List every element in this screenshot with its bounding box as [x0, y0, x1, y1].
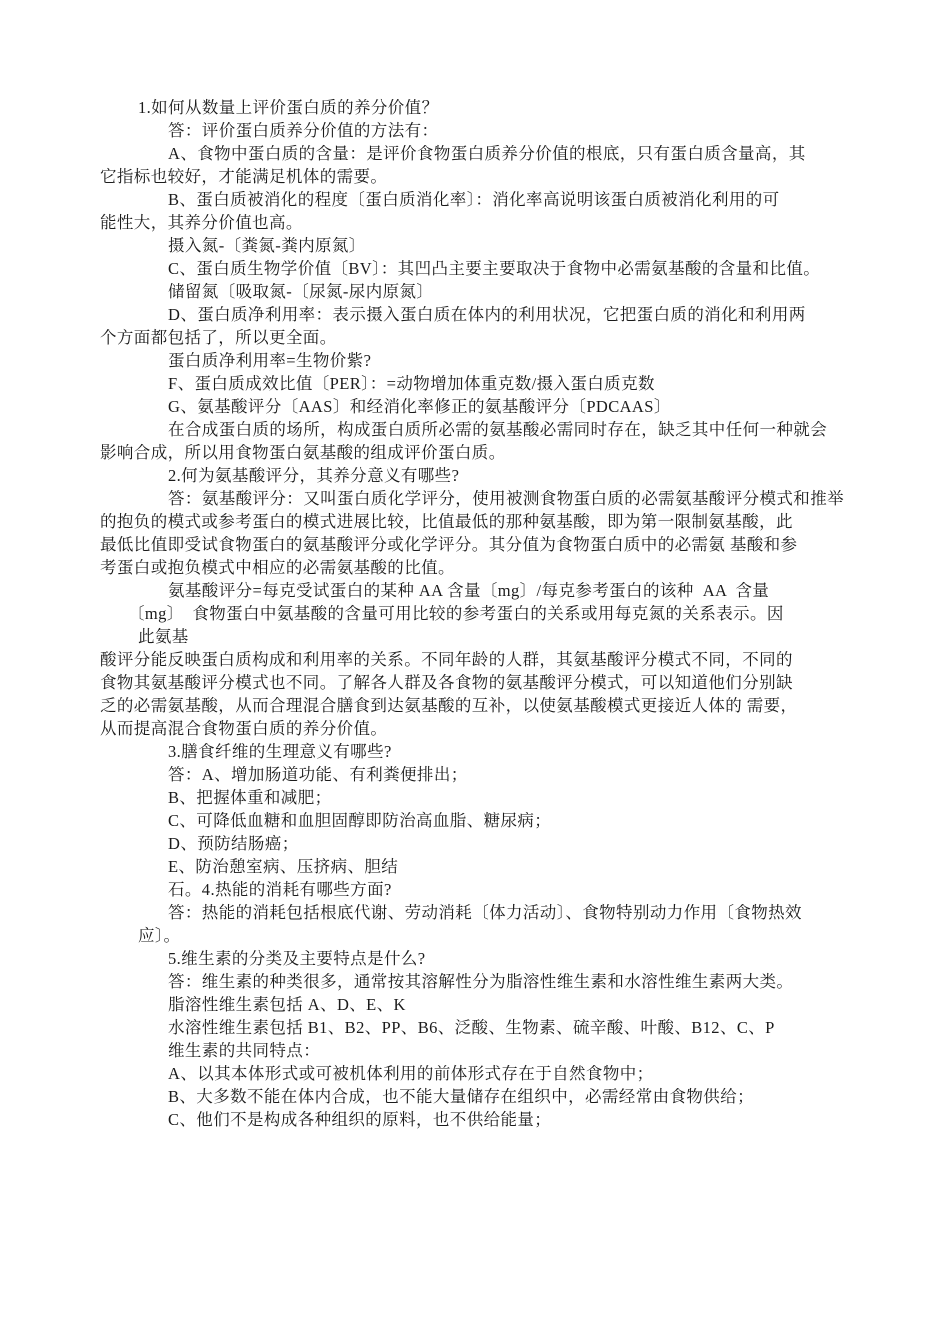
- text-line: B、蛋白质被消化的程度〔蛋白质消化率〕：消化率高说明该蛋白质被消化利用的可: [100, 188, 852, 211]
- text-line: 脂溶性维生素包括 A、D、E、K: [100, 993, 852, 1016]
- text-line: 乏的必需氨基酸，从而合理混合膳食到达氨基酸的互补，以使氨基酸模式更接近人体的 需…: [100, 694, 852, 717]
- text-line: 2.何为氨基酸评分，其养分意义有哪些?: [100, 464, 852, 487]
- text-line: 答：热能的消耗包括根底代谢、劳动消耗〔体力活动〕、食物特别动力作用〔食物热效: [100, 901, 852, 924]
- text-line: B、把握体重和减肥；: [100, 786, 852, 809]
- text-line: D、预防结肠癌；: [100, 832, 852, 855]
- text-line: 1.如何从数量上评价蛋白质的养分价值？: [100, 96, 852, 119]
- text-line: 最低比值即受试食物蛋白的氨基酸评分或化学评分。其分值为食物蛋白质中的必需氨 基酸…: [100, 533, 852, 556]
- text-line: 5.维生素的分类及主要特点是什么?: [100, 947, 852, 970]
- text-line: 答：维生素的种类很多，通常按其溶解性分为脂溶性维生素和水溶性维生素两大类。: [100, 970, 852, 993]
- text-line: 3.膳食纤维的生理意义有哪些?: [100, 740, 852, 763]
- text-line: 能性大，其养分价值也高。: [100, 211, 852, 234]
- document-page: 1.如何从数量上评价蛋白质的养分价值？答：评价蛋白质养分价值的方法有：A、食物中…: [0, 0, 950, 1344]
- text-line: 考蛋白或抱负模式中相应的必需氨基酸的比值。: [100, 556, 852, 579]
- text-line: 石。4.热能的消耗有哪些方面?: [100, 878, 852, 901]
- text-line: C、蛋白质生物学价值〔BV〕：其凹凸主要主要取决于食物中必需氨基酸的含量和比值。: [100, 257, 852, 280]
- text-line: B、大多数不能在体内合成，也不能大量储存在组织中，必需经常由食物供给；: [100, 1085, 852, 1108]
- text-line: A、食物中蛋白质的含量：是评价食物蛋白质养分价值的根底，只有蛋白质含量高，其: [100, 142, 852, 165]
- text-line: D、蛋白质净利用率：表示摄入蛋白质在体内的利用状况，它把蛋白质的消化和利用两: [100, 303, 852, 326]
- text-line: 〔mg〕 食物蛋白中氨基酸的含量可用比较的参考蛋白的关系或用每克氮的关系表示。因: [100, 602, 852, 625]
- text-line: 维生素的共同特点：: [100, 1039, 852, 1062]
- text-line: 食物其氨基酸评分模式也不同。了解各人群及各食物的氨基酸评分模式，可以知道他们分别…: [100, 671, 852, 694]
- text-line: 应〕。: [100, 924, 852, 947]
- text-line: E、防治憩室病、压挤病、胆结: [100, 855, 852, 878]
- text-line: 个方面都包括了，所以更全面。: [100, 326, 852, 349]
- text-line: 蛋白质净利用率=生物价紫?: [100, 349, 852, 372]
- text-line: 摄入氮-〔粪氮-粪内原氮〕: [100, 234, 852, 257]
- text-line: 氨基酸评分=每克受试蛋白的某种 AA 含量〔mg〕/每克参考蛋白的该种 AA 含…: [100, 579, 852, 602]
- text-line: 在合成蛋白质的场所，构成蛋白质所必需的氨基酸必需同时存在，缺乏其中任何一种就会: [100, 418, 852, 441]
- text-line: 储留氮〔吸取氮-〔尿氮-尿内原氮〕: [100, 280, 852, 303]
- text-line: C、可降低血糖和血胆固醇即防治高血脂、糖尿病；: [100, 809, 852, 832]
- text-line: 它指标也较好，才能满足机体的需要。: [100, 165, 852, 188]
- text-line: 酸评分能反映蛋白质构成和利用率的关系。不同年龄的人群，其氨基酸评分模式不同，不同…: [100, 648, 852, 671]
- text-line: C、他们不是构成各种组织的原料，也不供给能量；: [100, 1108, 852, 1131]
- text-line: 从而提高混合食物蛋白质的养分价值。: [100, 717, 852, 740]
- text-line: F、蛋白质成效比值〔PER〕：=动物增加体重克数/摄入蛋白质克数: [100, 372, 852, 395]
- text-line: 答：评价蛋白质养分价值的方法有：: [100, 119, 852, 142]
- text-line: 影响合成，所以用食物蛋白氨基酸的组成评价蛋白质。: [100, 441, 852, 464]
- text-line: 水溶性维生素包括 B1、B2、PP、B6、泛酸、生物素、硫辛酸、叶酸、B12、C…: [100, 1016, 852, 1039]
- document-body: 1.如何从数量上评价蛋白质的养分价值？答：评价蛋白质养分价值的方法有：A、食物中…: [100, 96, 852, 1131]
- text-line: 答：A、增加肠道功能、有利粪便排出；: [100, 763, 852, 786]
- text-line: 此氨基: [100, 625, 852, 648]
- text-line: A、以其本体形式或可被机体利用的前体形式存在于自然食物中；: [100, 1062, 852, 1085]
- text-line: 的抱负的模式或参考蛋白的模式进展比较，比值最低的那种氨基酸，即为第一限制氨基酸，…: [100, 510, 852, 533]
- text-line: G、氨基酸评分〔AAS〕和经消化率修正的氨基酸评分〔PDCAAS〕: [100, 395, 852, 418]
- text-line: 答：氨基酸评分：又叫蛋白质化学评分，使用被测食物蛋白质的必需氨基酸评分模式和推举: [100, 487, 852, 510]
